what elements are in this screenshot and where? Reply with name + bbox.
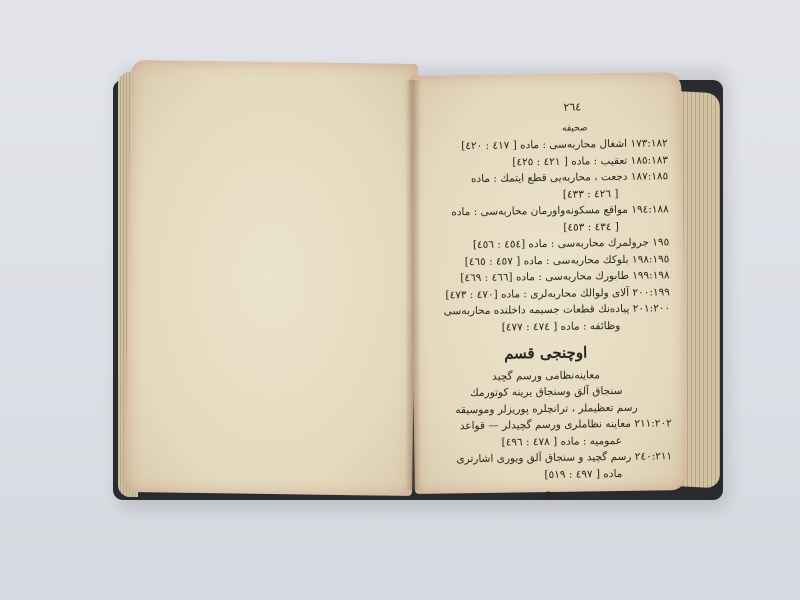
- index-entry: ٢١١:٢٠٢ معاینه نظاملری ورسم گچیدلر — قوا…: [422, 415, 672, 435]
- section-heading: اوچنجی قسم: [421, 343, 671, 363]
- index-entry: ١٨٧:١٨٥ دجعت ، محاربه‌یی قطع ایتمك : ماد…: [418, 168, 668, 188]
- left-page-blank: [125, 60, 418, 496]
- ornament-divider: —﹏﹏✿﹏﹏—: [423, 487, 673, 507]
- index-entry-cont: وظائفه : ماده [ ٤٧٤ : ٤٧٧]: [420, 317, 670, 337]
- index-entry: ١٩٤:١٨٨ مواقع مسكونه‌واورمان محاربه‌سی :…: [419, 201, 669, 221]
- index-entry: ٢٤٠:٢١١ رسم گچید و سنجاق آلق ویوری اشارت…: [422, 448, 672, 468]
- index-entry-cont: ماده [ ٤٩٧ : ٥١٩]: [422, 465, 672, 485]
- right-page-text: ٢٦٤ صحیفه ١٧٣:١٨٢ اشغال محاربه‌سی : ماده…: [417, 98, 673, 507]
- index-entry: ٢٠١:٢٠٠ پیاده‌نك قطعات جسیمه داخلنده محا…: [420, 300, 670, 320]
